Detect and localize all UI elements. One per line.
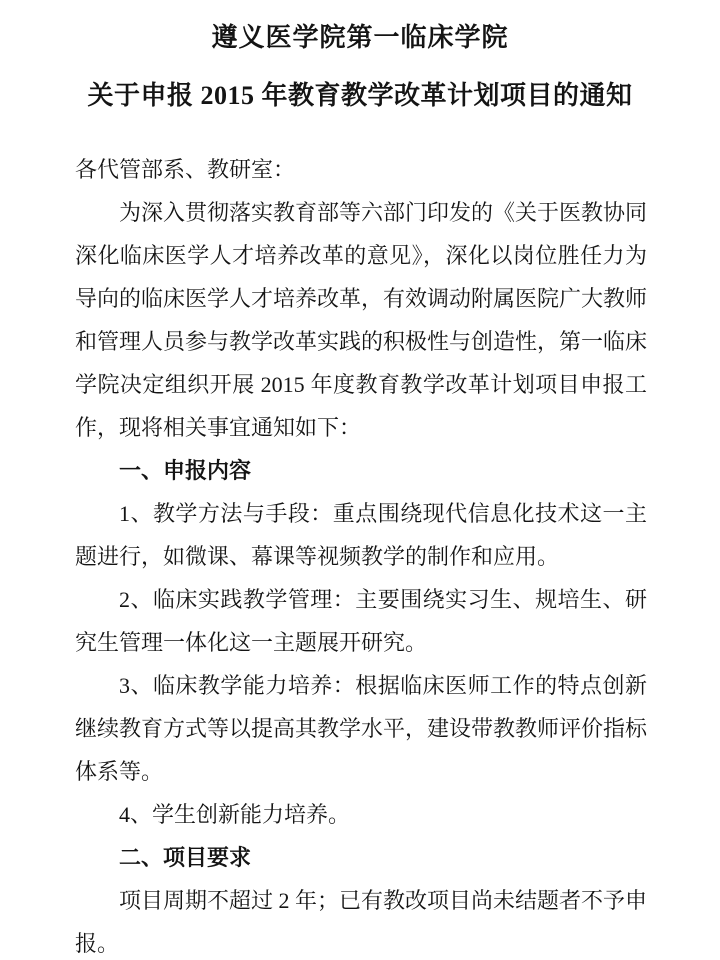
salutation: 各代管部系、教研室： <box>75 148 647 191</box>
document-title: 关于申报 2015 年教育教学改革计划项目的通知 <box>0 80 720 112</box>
section-1-heading: 一、申报内容 <box>75 449 647 492</box>
section-2-heading: 二、项目要求 <box>75 836 647 879</box>
document-page: 遵义医学院第一临床学院 关于申报 2015 年教育教学改革计划项目的通知 各代管… <box>0 0 720 960</box>
section-1-item-4: 4、学生创新能力培养。 <box>75 793 647 836</box>
section-1-item-1: 1、教学方法与手段：重点围绕现代信息化技术这一主题进行，如微课、幕课等视频教学的… <box>75 492 647 578</box>
requirement-paragraph: 项目周期不超过 2 年；已有教改项目尚未结题者不予申报。 <box>75 879 647 960</box>
intro-paragraph: 为深入贯彻落实教育部等六部门印发的《关于医教协同深化临床医学人才培养改革的意见》… <box>75 191 647 449</box>
document-body: 各代管部系、教研室： 为深入贯彻落实教育部等六部门印发的《关于医教协同深化临床医… <box>75 148 647 960</box>
document-org-title: 遵义医学院第一临床学院 <box>0 22 720 54</box>
section-1-item-2: 2、临床实践教学管理：主要围绕实习生、规培生、研究生管理一体化这一主题展开研究。 <box>75 578 647 664</box>
section-1-item-3: 3、临床教学能力培养：根据临床医师工作的特点创新继续教育方式等以提高其教学水平，… <box>75 664 647 793</box>
